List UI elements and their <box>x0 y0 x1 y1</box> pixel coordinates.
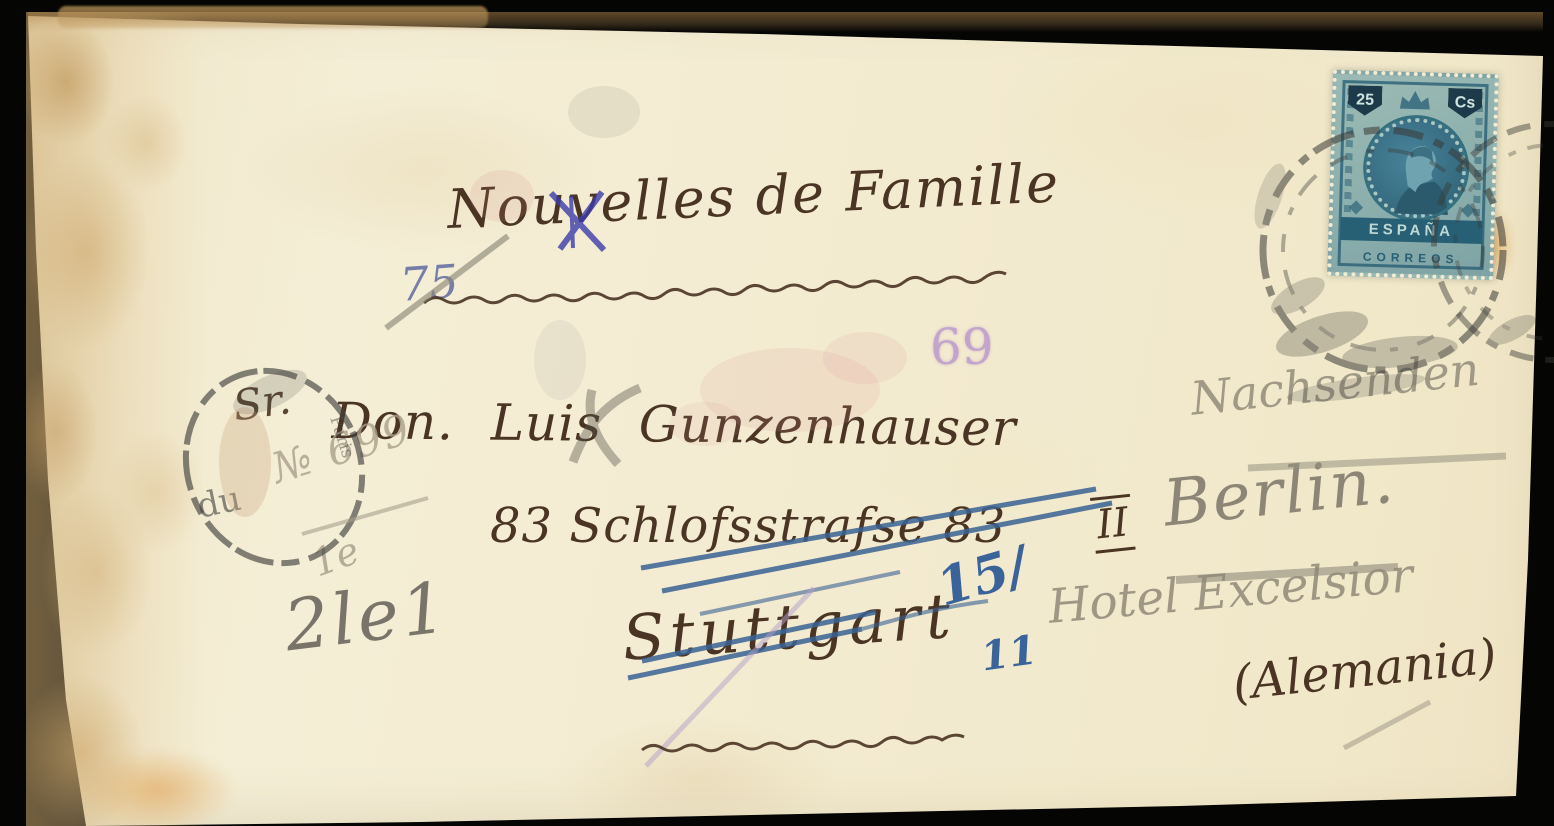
stamp-denomination: 25 <box>1356 91 1374 109</box>
crown-icon <box>1395 87 1436 112</box>
top-left-flap-stain <box>58 6 488 28</box>
envelope <box>0 0 1554 826</box>
king-profile-icon <box>1369 121 1464 216</box>
stamp-currency: Cs <box>1455 94 1476 113</box>
left-stain-strip <box>26 12 206 826</box>
postage-stamp: 25 Cs ESPAÑA CORREOS <box>1327 70 1499 281</box>
stamp-country-band: ESPAÑA <box>1340 217 1483 244</box>
king-portrait-medallion <box>1365 117 1468 220</box>
photo-stage: 25 Cs ESPAÑA CORREOS Nouvelles de Famill… <box>0 0 1554 826</box>
bottom-left-stain <box>78 748 238 826</box>
stamp-country: ESPAÑA <box>1369 221 1455 240</box>
